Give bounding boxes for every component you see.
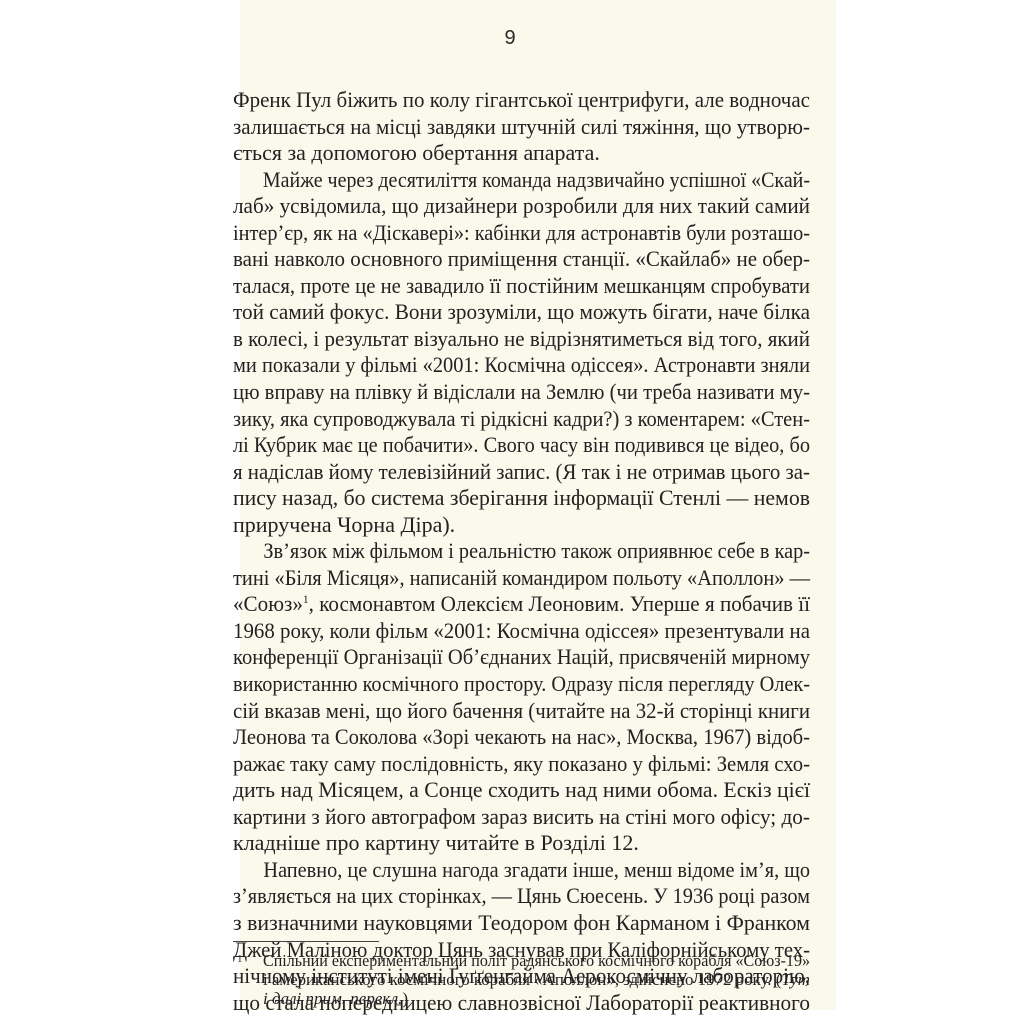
text-line: з визначними науковцями Теодором фон Кар…: [233, 910, 810, 937]
text-line: Зв’язок між фільмом і реальністю також о…: [233, 538, 810, 565]
text-line: лаб» усвідомила, що дизайнери розробили …: [233, 193, 810, 220]
text-line: дить над Місяцем, а Сонце сходить над ни…: [233, 777, 810, 804]
text-line: конференції Організації Об’єднаних Націй…: [233, 644, 810, 671]
text-line: лі Кубрик має це побачити». Свого часу в…: [233, 432, 810, 459]
text-line: Напевно, це слушна нагода згадати інше, …: [233, 857, 810, 884]
text-line: приручена Чорна Діра).: [233, 512, 810, 539]
text-line: тині «Біля Місяця», написаній командиром…: [233, 565, 810, 592]
footnote-line: і далі прим. перекл.): [263, 989, 810, 1008]
footnote-line: Спільний експериментальний політ радянсь…: [263, 951, 810, 970]
text-line: Майже через десятиліття команда надзвича…: [233, 167, 810, 194]
footnote-marker: 1: [237, 953, 243, 965]
text-line: я надіслав йому телевізійний запис. (Я т…: [233, 459, 810, 486]
page-number: 9: [0, 27, 1022, 50]
footnote: 1 Спільний експериментальний політ радян…: [233, 951, 810, 1008]
text-line: зику, яка супроводжувала ті рідкісні кад…: [233, 406, 810, 433]
text-line: інтер’єр, як на «Діскавері»: кабінки для…: [233, 220, 810, 247]
text-line: ми показали у фільмі «2001: Космічна оді…: [233, 352, 810, 379]
text-line: ється за допомогою обертання апарата.: [233, 140, 810, 167]
text-line: Леонова та Соколова «Зорі чекають на нас…: [233, 724, 810, 751]
text-line: залишається на місці завдяки штучній сил…: [233, 114, 810, 141]
text-line: ражає таку саму послідовність, яку показ…: [233, 751, 810, 778]
text-line: картини з його автографом зараз висить н…: [233, 804, 810, 831]
text-line: використанню космічного простору. Одразу…: [233, 671, 810, 698]
footnote-divider: [233, 941, 379, 942]
text-line: той самий фокус. Вони зрозуміли, що можу…: [233, 299, 810, 326]
text-line: «Союз»1, космонавтом Олексієм Леоновим. …: [233, 591, 810, 618]
text-line: кладніше про картину читайте в Розділі 1…: [233, 830, 810, 857]
text-line: з’являється на цих сторінках, — Цянь Сюе…: [233, 883, 810, 910]
text-line: вані навколо основного приміщення станці…: [233, 246, 810, 273]
text-line: в колесі, і результат візуально не відрі…: [233, 326, 810, 353]
text-line: талася, проте це не завадило її постійни…: [233, 273, 810, 300]
text-line: Френк Пул біжить по колу гігантської цен…: [233, 87, 810, 114]
text-line: сій вказав мені, що його бачення (читайт…: [233, 698, 810, 725]
body-text: Френк Пул біжить по колу гігантської цен…: [233, 87, 810, 1016]
text-line: 1968 року, коли фільм «2001: Космічна од…: [233, 618, 810, 645]
footnote-line: і американського космічного корабля «Апо…: [263, 970, 810, 989]
text-line: цю вправу на плівку й відіслали на Землю…: [233, 379, 810, 406]
text-line: пису назад, бо система зберігання інформ…: [233, 485, 810, 512]
